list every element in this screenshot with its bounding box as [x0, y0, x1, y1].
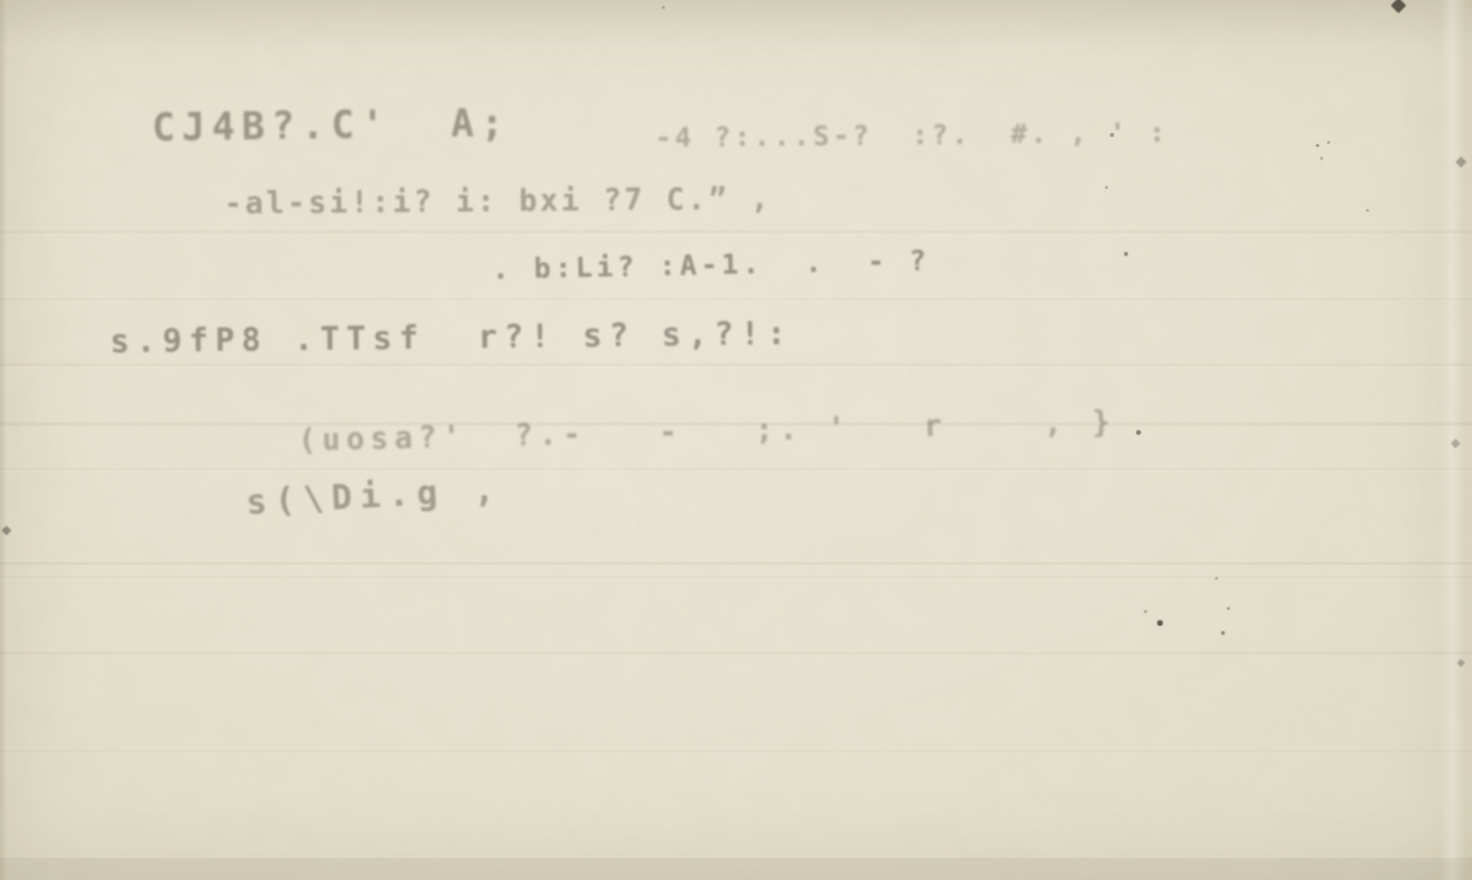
scan-streak	[0, 468, 1472, 470]
ink-speck	[1316, 144, 1319, 147]
scan-edge-strip-right	[1440, 0, 1466, 880]
scan-streak	[0, 230, 1472, 233]
ink-speck	[1136, 430, 1141, 435]
ghost-text-line: (uosa?' ?.- - ;. ' r , }	[298, 405, 1117, 459]
scan-debris-mark	[1451, 439, 1461, 449]
ink-speck	[1110, 133, 1114, 137]
ghost-text-line: s(\Di.g ,	[245, 469, 503, 522]
ink-speck	[662, 6, 665, 9]
scan-streak	[0, 422, 1472, 426]
ghost-text-line: -al-si!:i? i: bxi ?7 C.” ,	[224, 182, 772, 222]
scan-streak	[0, 363, 1472, 366]
ink-speck	[1327, 141, 1330, 144]
scan-streak	[0, 858, 1472, 880]
ink-speck	[1366, 209, 1369, 212]
scan-streak	[0, 576, 1472, 578]
ink-speck	[1144, 610, 1147, 613]
ink-speck	[1124, 252, 1128, 256]
scan-streak	[0, 562, 1472, 565]
ink-speck	[1320, 157, 1323, 160]
scan-streak	[0, 298, 1472, 300]
ink-speck	[1215, 577, 1218, 580]
ghost-text-line: CJ4B?.C' A;	[152, 100, 511, 149]
ink-speck	[1105, 186, 1108, 189]
ghost-text-line: . b:Li? :A-1. . - ?	[492, 243, 931, 285]
paper-grain-texture	[0, 0, 1472, 880]
ink-speck	[1157, 620, 1163, 626]
scan-streak	[0, 750, 1472, 752]
scan-debris-mark	[1391, 0, 1407, 13]
scan-debris-mark	[2, 526, 12, 536]
scanned-paper-page: CJ4B?.C' A;-4 ?:...S-? :?. #. , ' :-al-s…	[0, 0, 1472, 880]
scan-top-shading	[0, 0, 1472, 46]
scan-edge-strip-left	[0, 0, 7, 880]
scan-debris-mark	[1457, 659, 1465, 667]
ghost-text-line: s.9fP8 .TTsf r?! s? s,?!:	[110, 314, 793, 360]
ink-speck	[1227, 607, 1230, 610]
ghost-text-line: -4 ?:...S-? :?. #. , ' :	[655, 117, 1169, 153]
scan-debris-mark	[1455, 156, 1466, 167]
scan-streak	[0, 652, 1472, 655]
ink-speck	[1221, 631, 1225, 635]
